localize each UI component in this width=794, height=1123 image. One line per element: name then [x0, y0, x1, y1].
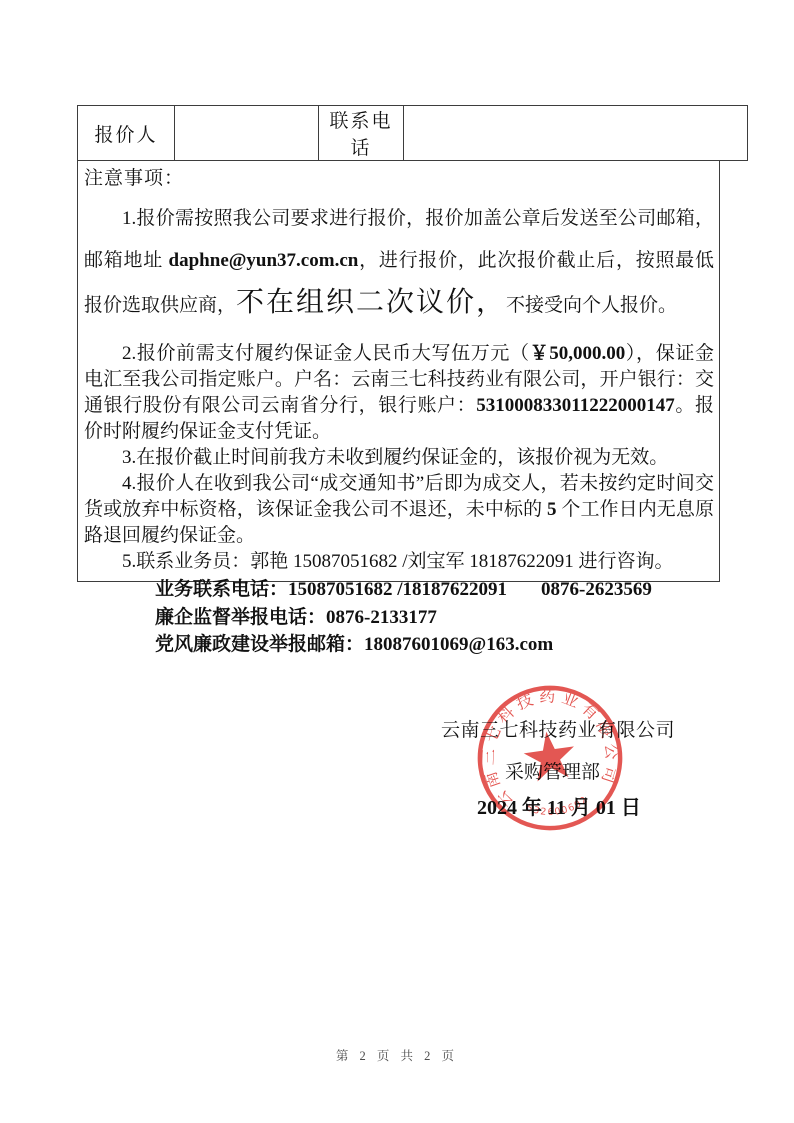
item2-amount: ￥50,000.00: [530, 343, 626, 364]
contact-phone-label: 联系电话: [319, 106, 404, 161]
quote-form-table: 报价人 联系电话: [77, 105, 748, 161]
item1-email: daphne@yun37.com.cn: [169, 250, 359, 271]
item2-account-number: 531000833011222000147: [476, 395, 674, 416]
business-phone-extra: 0876-2623569: [541, 579, 652, 600]
company-seal-stamp: 云南三七科技药业有限公司 5326006028791: [461, 669, 639, 847]
notice-item-2: 2.报价前需支付履约保证金人民币大写伍万元（￥50,000.00），保证金电汇至…: [84, 341, 714, 445]
quoter-value-cell[interactable]: [175, 106, 319, 161]
contact-line-business: 业务联系电话：15087051682 /181876220910876-2623…: [155, 576, 652, 604]
item4-days: 5: [547, 499, 557, 520]
supervision-phone-number: 0876-2133177: [326, 607, 437, 628]
document-page: 报价人 联系电话 注意事项： 1.报价需按照我公司要求进行报价，报价加盖公章后发…: [0, 0, 794, 1123]
contact-line-supervision: 廉企监督举报电话：0876-2133177: [155, 604, 652, 632]
report-email-address: 18087601069@163.com: [364, 634, 553, 655]
notice-item-3: 3.在报价截止时间前我方未收到履约保证金的，该报价视为无效。: [84, 445, 714, 471]
contact-line-report-email: 党风廉政建设举报邮箱：18087601069@163.com: [155, 631, 652, 659]
business-phone-label: 业务联系电话：: [155, 579, 288, 600]
item1-emphasis: 不在组织二次议价，: [236, 287, 506, 318]
contact-block: 业务联系电话：15087051682 /181876220910876-2623…: [155, 576, 652, 659]
notice-heading: 注意事项：: [84, 166, 714, 192]
notice-item-4: 4.报价人在收到我公司“成交通知书”后即为成交人，若未按约定时间交货或放弃中标资…: [84, 471, 714, 549]
item1-text-suffix: 不接受向个人报价。: [506, 295, 677, 316]
notice-box: 注意事项： 1.报价需按照我公司要求进行报价，报价加盖公章后发送至公司邮箱，邮箱…: [77, 161, 720, 582]
report-email-label: 党风廉政建设举报邮箱：: [155, 634, 364, 655]
page-number-indicator: 第 2 页 共 2 页: [0, 1046, 794, 1064]
item2-text: 2.报价前需支付履约保证金人民币大写伍万元（: [122, 343, 530, 364]
business-phone-numbers: 15087051682 /18187622091: [288, 579, 507, 600]
seal-star-icon: [521, 728, 578, 783]
quoter-label: 报价人: [78, 106, 175, 161]
contact-phone-value-cell[interactable]: [404, 106, 748, 161]
notice-item-1: 1.报价需按照我公司要求进行报价，报价加盖公章后发送至公司邮箱，邮箱地址 dap…: [84, 198, 714, 327]
table-row: 报价人 联系电话: [78, 106, 748, 161]
supervision-phone-label: 廉企监督举报电话：: [155, 607, 326, 628]
notice-item-5: 5.联系业务员：郭艳 15087051682 /刘宝军 18187622091 …: [84, 549, 714, 575]
